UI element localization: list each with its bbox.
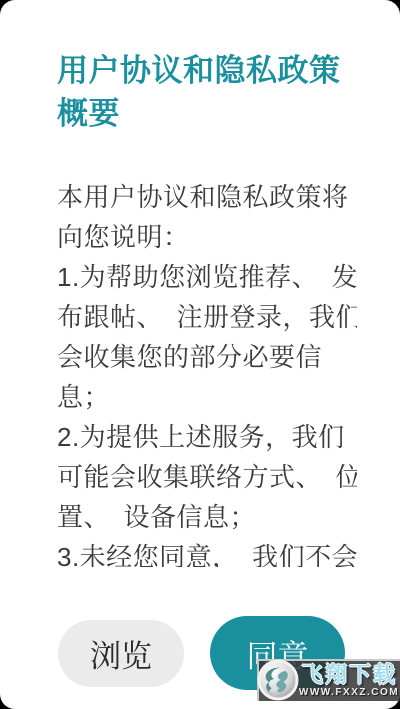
body-text-line: 1.为帮助您浏览推荐、 发	[57, 257, 357, 297]
dialog-body-text: 本用户协议和隐私政策将向您说明：1.为帮助您浏览推荐、 发布跟帖、 注册登录，我…	[57, 177, 357, 567]
body-text-line: 3.未经您同意， 我们不会	[57, 537, 357, 567]
dialog-title: 用户协议和隐私政策概要	[57, 49, 353, 135]
body-text-line: 2.为提供上述服务，我们	[57, 417, 357, 457]
watermark-text-block: 飞翔下载 WWW.FXXZ.COM	[299, 661, 399, 701]
body-text-line: 会收集您的部分必要信	[57, 337, 357, 377]
watermark-site-url: WWW.FXXZ.COM	[299, 687, 399, 699]
body-text-line: 置、 设备信息；	[57, 497, 357, 537]
watermark-site-name: 飞翔下载	[301, 663, 397, 687]
watermark-badge: 飞翔下载 WWW.FXXZ.COM	[257, 659, 400, 701]
fxxz-wing-logo-icon	[257, 659, 299, 701]
body-text-line: 向您说明：	[57, 217, 357, 257]
body-text-line: 可能会收集联络方式、 位	[57, 457, 357, 497]
app-screen: 用户协议和隐私政策概要 本用户协议和隐私政策将向您说明：1.为帮助您浏览推荐、 …	[0, 0, 400, 709]
body-text-line: 息；	[57, 377, 357, 417]
body-text-line: 本用户协议和隐私政策将	[57, 177, 357, 217]
browse-button[interactable]: 浏览	[58, 620, 184, 687]
body-text-line: 布跟帖、 注册登录，我们	[57, 297, 357, 337]
